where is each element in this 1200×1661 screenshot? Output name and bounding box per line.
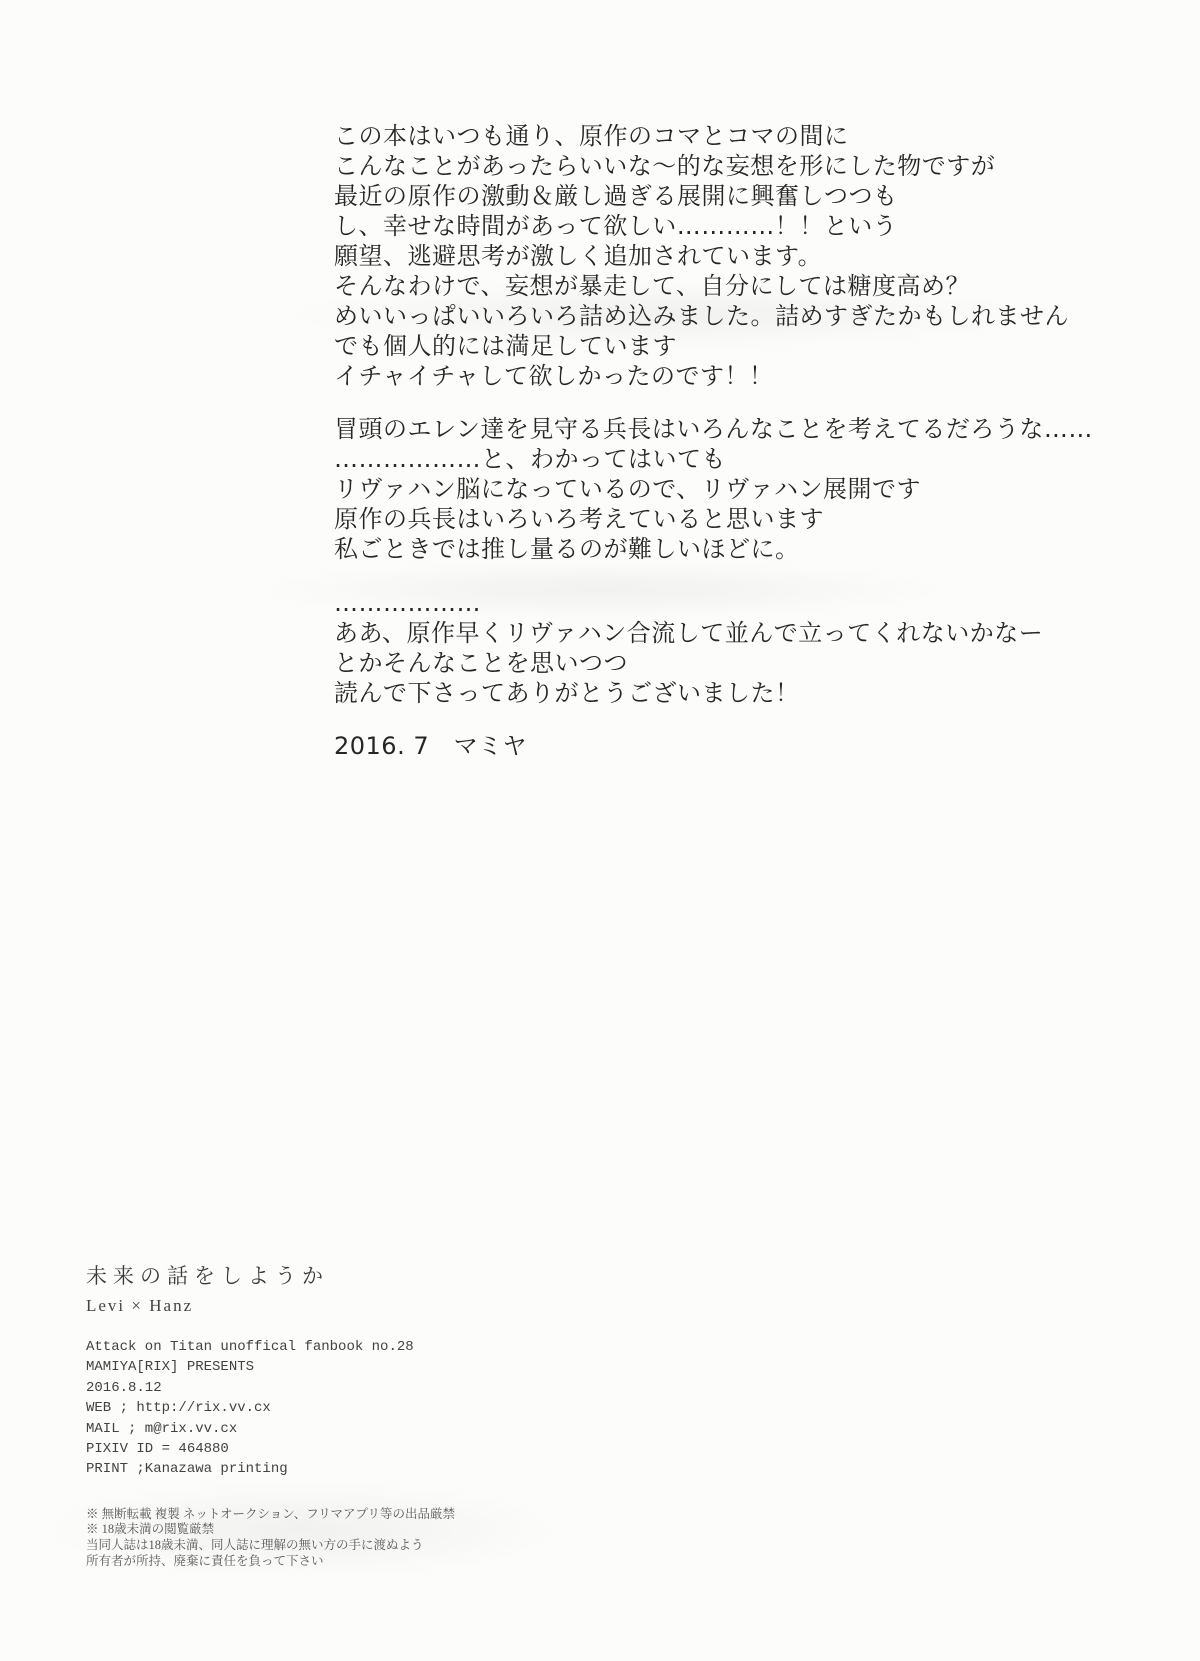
publication-info: Attack on Titan unoffical fanbook no.28M… bbox=[86, 1337, 726, 1480]
publication-info-line: Attack on Titan unoffical fanbook no.28 bbox=[86, 1337, 726, 1357]
afterword-line: 私ごときでは推し量るのが難しいほどに。 bbox=[334, 534, 1074, 564]
afterword-line: リヴァハン脳になっているので、リヴァハン展開です bbox=[334, 474, 1074, 504]
publication-info-line: MAMIYA[RIX] PRESENTS bbox=[86, 1357, 726, 1377]
notice-line: ※ 18歳未満の閲覧厳禁 bbox=[86, 1522, 726, 1538]
afterword-line: でも個人的には満足しています bbox=[334, 331, 1074, 361]
notice-line: 所有者が所持、廃棄に責任を負って下さい bbox=[86, 1554, 726, 1570]
colophon-block: 未来の話をしようか Levi × Hanz Attack on Titan un… bbox=[86, 1260, 726, 1569]
afterword-paragraph-1: この本はいつも通り、原作のコマとコマの間にこんなことがあったらいいな～的な妄想を… bbox=[334, 121, 1074, 391]
afterword-line: ………………と、わかってはいても bbox=[334, 444, 1074, 474]
publication-info-line: PIXIV ID = 464880 bbox=[86, 1439, 726, 1459]
publication-info-line: MAIL ; m@rix.vv.cx bbox=[86, 1419, 726, 1439]
afterword-line: 願望、逃避思考が激しく追加されています。 bbox=[334, 241, 1074, 271]
afterword-line: イチャイチャして欲しかったのです！！ bbox=[334, 361, 1074, 391]
afterword-line: 冒頭のエレン達を見守る兵長はいろんなことを考えてるだろうな…… bbox=[334, 414, 1074, 444]
notice-line: ※ 無断転載 複製 ネットオークション、フリマアプリ等の出品厳禁 bbox=[86, 1507, 726, 1523]
afterword-line: 読んで下さってありがとうございました！ bbox=[334, 678, 1074, 708]
author-signature-date: 2016. 7 マミヤ bbox=[334, 731, 1074, 761]
afterword-line: この本はいつも通り、原作のコマとコマの間に bbox=[334, 121, 1074, 151]
pairing-subtitle: Levi × Hanz bbox=[86, 1296, 726, 1316]
notice-line: 当同人誌は18歳未満、同人誌に理解の無い方の手に渡ぬよう bbox=[86, 1538, 726, 1554]
publication-info-line: WEB ; http://rix.vv.cx bbox=[86, 1398, 726, 1418]
afterword-line: こんなことがあったらいいな～的な妄想を形にした物ですが bbox=[334, 151, 1074, 181]
afterword-line: とかそんなことを思いつつ bbox=[334, 648, 1074, 678]
afterword-line: 最近の原作の激動＆厳し過ぎる展開に興奮しつつも bbox=[334, 181, 1074, 211]
afterword-line: めいいっぱいいろいろ詰め込みました。詰めすぎたかもしれません bbox=[334, 301, 1074, 331]
afterword-text-block: この本はいつも通り、原作のコマとコマの間にこんなことがあったらいいな～的な妄想を… bbox=[334, 121, 1074, 761]
afterword-line: 原作の兵長はいろいろ考えていると思います bbox=[334, 504, 1074, 534]
afterword-paragraph-2: 冒頭のエレン達を見守る兵長はいろんなことを考えてるだろうな……………………と、わ… bbox=[334, 414, 1074, 564]
publication-info-line: PRINT ;Kanazawa printing bbox=[86, 1459, 726, 1479]
afterword-line: ああ、原作早くリヴァハン合流して並んで立ってくれないかなー bbox=[334, 618, 1074, 648]
afterword-paragraph-3: ああ、原作早くリヴァハン合流して並んで立ってくれないかなーとかそんなことを思いつ… bbox=[334, 618, 1074, 708]
publication-info-line: 2016.8.12 bbox=[86, 1378, 726, 1398]
book-title: 未来の話をしようか bbox=[86, 1260, 726, 1290]
afterword-line: そんなわけで、妄想が暴走して、自分にしては糖度高め？ bbox=[334, 271, 1074, 301]
legal-notices: ※ 無断転載 複製 ネットオークション、フリマアプリ等の出品厳禁※ 18歳未満の… bbox=[86, 1507, 726, 1569]
afterword-line: し、幸せな時間があって欲しい…………！！という bbox=[334, 211, 1074, 241]
dotted-divider: ……………… bbox=[334, 588, 1074, 618]
